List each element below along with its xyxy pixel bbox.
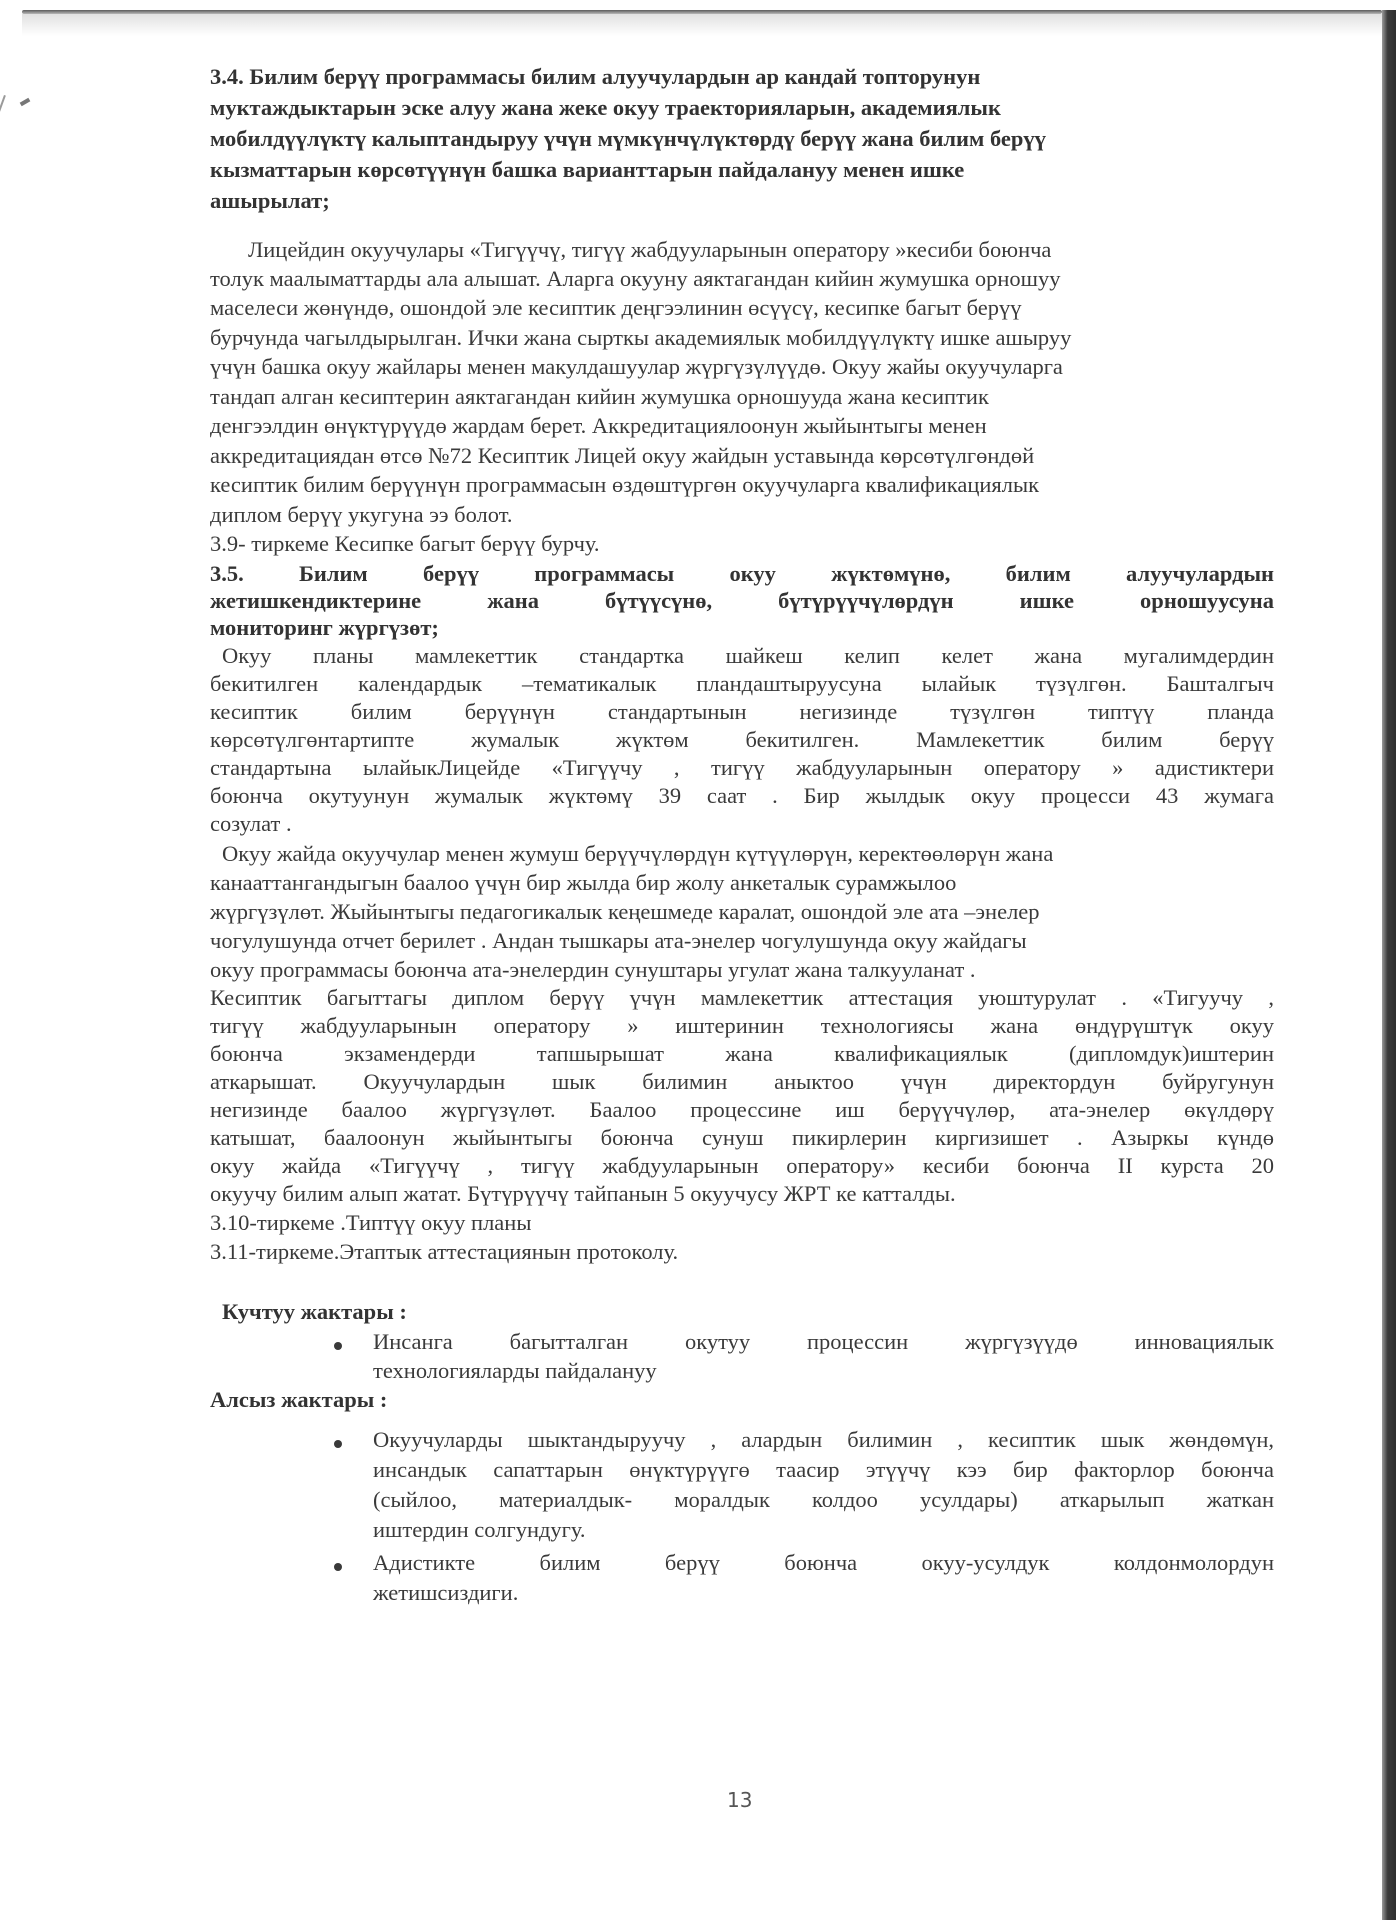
- body-line: Лицейдин окуучулары «Тигүүчү, тигүү жабд…: [248, 236, 1051, 264]
- body-line: тигүү жабдууларынын оператору » иштерини…: [210, 1012, 1274, 1040]
- heading-line: муктаждыктарын эске алуу жана жеке окуу …: [210, 94, 1001, 122]
- heading-line: 3.5. Билим берүү программасы окуу жүктөм…: [210, 560, 1274, 588]
- body-line: стандартына ылайыкЛицейде «Тигүүчу , тиг…: [210, 754, 1274, 782]
- body-line: окуу программасы боюнча ата-энелердин су…: [210, 956, 976, 984]
- bullet-icon: [334, 1440, 342, 1448]
- list-item-line: технологияларды пайдалануу: [373, 1357, 657, 1385]
- body-line: Кесиптик багыттагы диплом берүү үчүн мам…: [210, 984, 1274, 1012]
- bullet-icon: [334, 1563, 342, 1571]
- scan-tick-mark: [20, 98, 31, 106]
- body-line: маселеси жөнүндө, ошондой эле кесиптик д…: [210, 294, 1022, 322]
- page-number: 13: [727, 1788, 752, 1812]
- attachment-ref: 3.11-тиркеме.Этаптык аттестациянын прото…: [210, 1238, 678, 1266]
- heading-line: 3.4. Билим берүү программасы билим алууч…: [210, 63, 980, 91]
- list-item-line: иштердин солгундугу.: [373, 1516, 586, 1544]
- body-line: аккредитациядан өтсө №72 Кесиптик Лицей …: [210, 442, 1034, 470]
- list-item-line: инсандык сапаттарын өнүктүрүүгө таасир э…: [373, 1456, 1274, 1484]
- body-line: үчүн башка окуу жайлары менен макулдашуу…: [210, 353, 1063, 381]
- body-line: боюнча окутуунун жумалык жүктөмү 39 саат…: [210, 782, 1274, 810]
- heading-line: жетишкендиктерине жана бүтүүсүнө, бүтүрү…: [210, 587, 1274, 615]
- heading-line: мобилдүүлүктү калыптандыруу үчүн мүмкүнч…: [210, 125, 1046, 153]
- body-line: аткарышат. Окуучулардын шык билимин анык…: [210, 1068, 1274, 1096]
- scan-top-shadow: [22, 14, 1382, 36]
- strengths-heading: Кучтуу жактары :: [222, 1298, 407, 1326]
- body-line: чогулушунда отчет берилет . Андан тышкар…: [210, 927, 1027, 955]
- list-item-line: (сыйлоо, материалдык- моралдык колдоо ус…: [373, 1486, 1274, 1514]
- body-line: денгээлдин өнүктүрүүдө жардам берет. Акк…: [210, 412, 987, 440]
- scan-pen-mark: [0, 95, 6, 171]
- attachment-ref: 3.10-тиркеме .Типтүү окуу планы: [210, 1209, 531, 1237]
- weaknesses-heading: Алсыз жактары :: [210, 1386, 387, 1414]
- body-line: созулат .: [210, 810, 292, 838]
- body-line: канааттангандыгын баалоо үчүн бир жылда …: [210, 869, 956, 897]
- body-line: кесиптик билим берүүнүн программасын өзд…: [210, 471, 1039, 499]
- body-line: негизинде баалоо жүргүзүлөт. Баалоо проц…: [210, 1096, 1274, 1124]
- heading-line: ашырылат;: [210, 187, 330, 215]
- scan-right-edge-band: [1382, 10, 1396, 1920]
- body-line: жүргүзүлөт. Жыйынтыгы педагогикалык кеңе…: [210, 898, 1040, 926]
- body-line: диплом берүү укугуна ээ болот.: [210, 501, 513, 529]
- body-line: бурчунда чагылдырылган. Ички жана сырткы…: [210, 324, 1071, 352]
- body-line: Окуу жайда окуучулар менен жумуш берүүчү…: [222, 840, 1053, 868]
- body-line: көрсөтүлгөнтартипте жумалык жүктөм бекит…: [210, 726, 1274, 754]
- heading-line: мониторинг жүргүзөт;: [210, 614, 439, 642]
- body-line: кесиптик билим берүүнүн стандартынын нег…: [210, 698, 1274, 726]
- body-line: окуу жайда «Тигүүчү , тигүү жабдууларыны…: [210, 1152, 1274, 1180]
- body-line: окуучу билим алып жатат. Бүтүрүүчү тайпа…: [210, 1180, 956, 1208]
- body-line: Окуу планы мамлекеттик стандартка шайкеш…: [222, 642, 1274, 670]
- body-line: катышат, баалоонун жыйынтыгы боюнча суну…: [210, 1124, 1274, 1152]
- body-line: толук маалыматтарды ала алышат. Аларга о…: [210, 265, 1060, 293]
- body-line: боюнча экзамендерди тапшырышат жана квал…: [210, 1040, 1274, 1068]
- bullet-icon: [334, 1342, 342, 1350]
- list-item-line: Адистикте билим берүү боюнча окуу-усулду…: [373, 1549, 1274, 1577]
- heading-line: кызматтарын көрсөтүүнүн башка варианттар…: [210, 156, 964, 184]
- body-line: тандап алган кесиптерин аяктагандан кийи…: [210, 383, 989, 411]
- body-line: бекитилген календардык –тематикалык план…: [210, 670, 1274, 698]
- list-item-line: Инсанга багытталган окутуу процессин жүр…: [373, 1328, 1274, 1356]
- attachment-ref: 3.9- тиркеме Кесипке багыт берүү бурчу.: [210, 530, 600, 558]
- list-item-line: жетишсиздиги.: [373, 1579, 518, 1607]
- list-item-line: Окуучуларды шыктандыруучу , алардын били…: [373, 1426, 1274, 1454]
